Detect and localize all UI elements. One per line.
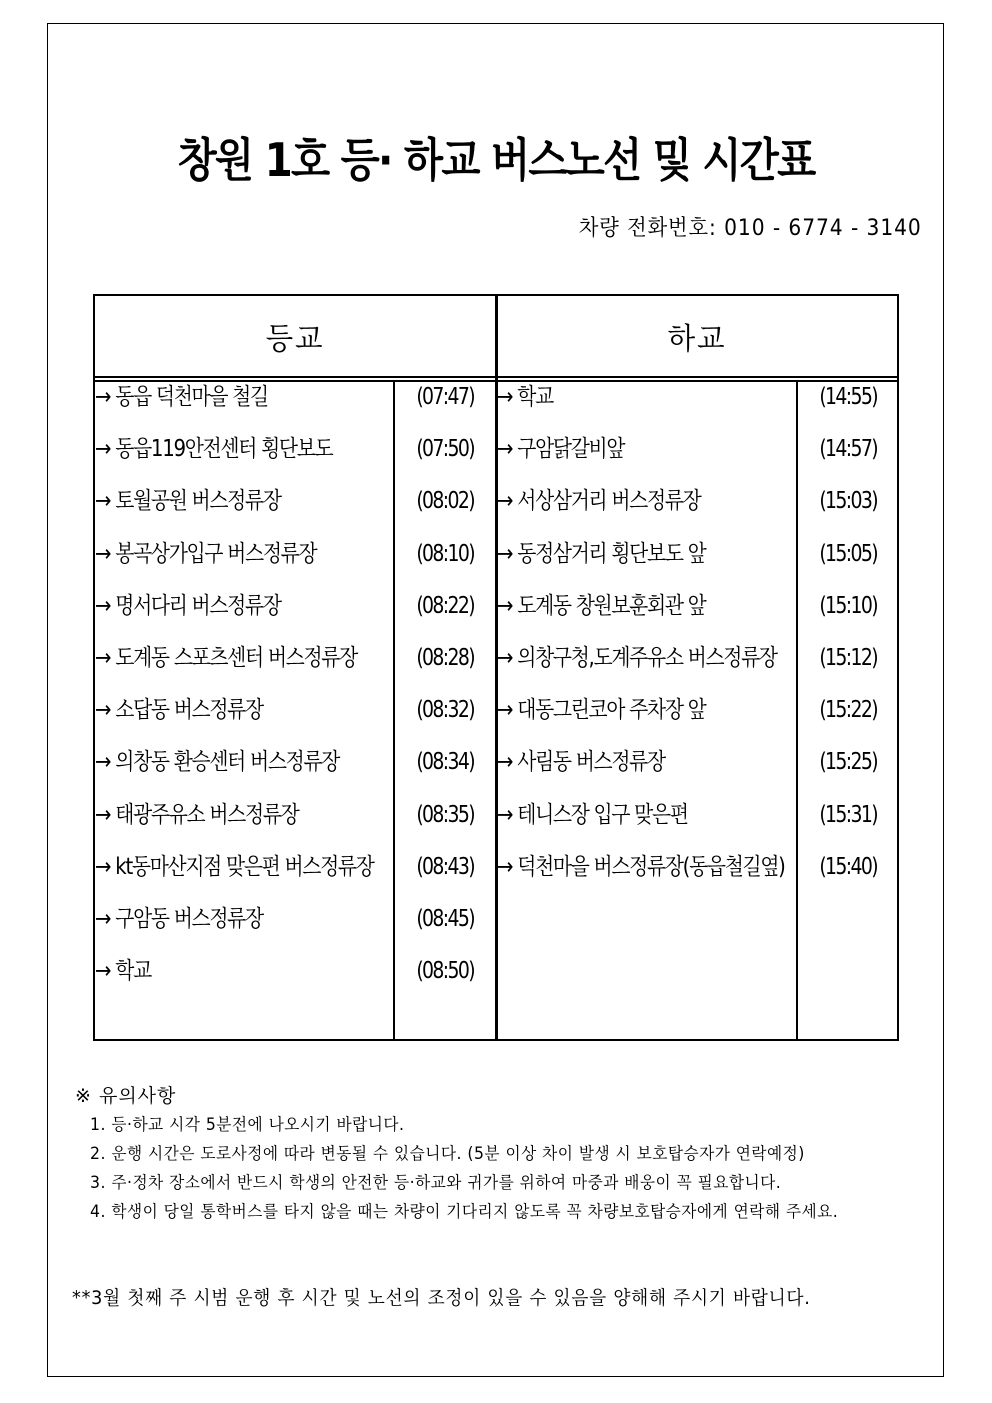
stop-name: → 태광주유소 버스정류장 <box>95 800 298 830</box>
afternoon-stops: → 학교 → 구암닭갈비앞 → 서상삼거리 버스정류장 → 동정삼거리 횡단보도… <box>497 382 796 904</box>
stop-name: → 토월공원 버스정류장 <box>95 486 281 516</box>
notes-section: ※ 유의사항 1. 등·하교 시각 5분전에 나오시기 바랍니다. 2. 운행 … <box>75 1082 878 1226</box>
afternoon-row: → 학교 <box>497 382 796 434</box>
stop-time: (14:57) <box>819 434 877 464</box>
stop-name: → 대동그린코아 주차장 앞 <box>497 695 705 725</box>
stop-name: → 도계동 창원보훈회관 앞 <box>497 591 705 621</box>
header-divider <box>95 376 897 378</box>
afternoon-times: (14:55) (14:57) (15:03) (15:05) (15:10) … <box>798 382 898 904</box>
stop-name: → kt동마산지점 맞은편 버스정류장 <box>95 852 374 882</box>
stop-time: (08:02) <box>416 486 474 516</box>
afternoon-row: → 구암닭갈비앞 <box>497 434 796 486</box>
stop-name: → 구암닭갈비앞 <box>497 434 624 464</box>
stop-name: → 도계동 스포츠센터 버스정류장 <box>95 643 357 673</box>
stop-time: (08:35) <box>416 800 474 830</box>
stop-name: → 의창동 환승센터 버스정류장 <box>95 747 339 777</box>
morning-row: → 소답동 버스정류장 <box>95 695 393 747</box>
stop-time: (15:03) <box>819 486 877 516</box>
morning-row: → 학교 <box>95 956 393 1008</box>
vehicle-phone: 차량 전화번호: 010 - 6774 - 3140 <box>579 214 922 244</box>
afternoon-row: → 의창구청,도계주유소 버스정류장 <box>497 643 796 695</box>
stop-name: → 동읍119안전센터 횡단보도 <box>95 434 332 464</box>
morning-row: → 토월공원 버스정류장 <box>95 486 393 538</box>
afternoon-row: → 덕천마을 버스정류장(동읍철길옆) <box>497 852 796 904</box>
stop-name: → 학교 <box>95 956 151 986</box>
afternoon-row: → 도계동 창원보훈회관 앞 <box>497 591 796 643</box>
morning-row: → 동읍119안전센터 횡단보도 <box>95 434 393 486</box>
stop-time: (07:50) <box>416 434 474 464</box>
note-item: 2. 운행 시간은 도로사정에 따라 변동될 수 있습니다. (5분 이상 차이… <box>90 1139 838 1168</box>
morning-row: → 태광주유소 버스정류장 <box>95 800 393 852</box>
stop-name: → 서상삼거리 버스정류장 <box>497 486 700 516</box>
note-item: 3. 주·정차 장소에서 반드시 학생의 안전한 등·하교와 귀가를 위하여 마… <box>90 1168 838 1197</box>
stop-time: (15:25) <box>819 747 877 777</box>
header-afternoon: 하교 <box>507 296 887 376</box>
stop-time: (14:55) <box>819 382 877 412</box>
stop-name: → 봉곡상가입구 버스정류장 <box>95 539 316 569</box>
stop-time: (07:47) <box>416 382 474 412</box>
note-item: 1. 등·하교 시각 5분전에 나오시기 바랍니다. <box>90 1110 838 1139</box>
stop-time: (15:10) <box>819 591 877 621</box>
morning-row: → 의창동 환승센터 버스정류장 <box>95 747 393 799</box>
stop-name: → 동읍 덕천마을 철길 <box>95 382 268 412</box>
afternoon-row: → 서상삼거리 버스정류장 <box>497 486 796 538</box>
afternoon-row: → 테니스장 입구 맞은편 <box>497 800 796 852</box>
morning-times: (07:47) (07:50) (08:02) (08:10) (08:22) … <box>395 382 495 1008</box>
morning-row: → 봉곡상가입구 버스정류장 <box>95 539 393 591</box>
stop-time: (15:22) <box>819 695 877 725</box>
stop-name: → 학교 <box>497 382 553 412</box>
stop-name: → 소답동 버스정류장 <box>95 695 263 725</box>
header-morning: 등교 <box>105 296 485 376</box>
stop-name: → 사림동 버스정류장 <box>497 747 665 777</box>
stop-time: (08:45) <box>416 904 474 934</box>
stop-name: → 명서다리 버스정류장 <box>95 591 281 621</box>
stop-name: → 의창구청,도계주유소 버스정류장 <box>497 643 777 673</box>
stop-time: (08:32) <box>416 695 474 725</box>
stop-time: (15:31) <box>819 800 877 830</box>
footnote: **3월 첫째 주 시범 운행 후 시간 및 노선의 조정이 있을 수 있음을 … <box>72 1284 811 1312</box>
stop-time: (08:50) <box>416 956 474 986</box>
stop-time: (15:40) <box>819 852 877 882</box>
afternoon-row: → 대동그린코아 주차장 앞 <box>497 695 796 747</box>
stop-name: → 덕천마을 버스정류장(동읍철길옆) <box>497 852 785 882</box>
stop-time: (08:28) <box>416 643 474 673</box>
stop-time: (15:12) <box>819 643 877 673</box>
morning-stops: → 동읍 덕천마을 철길 → 동읍119안전센터 횡단보도 → 토월공원 버스정… <box>95 382 393 1008</box>
stop-time: (08:34) <box>416 747 474 777</box>
stop-name: → 구암동 버스정류장 <box>95 904 263 934</box>
stop-time: (08:43) <box>416 852 474 882</box>
morning-row: → 구암동 버스정류장 <box>95 904 393 956</box>
timetable: 등교 하교 → 동읍 덕천마을 철길 → 동읍119안전센터 횡단보도 → 토월… <box>93 294 899 1041</box>
note-item: 4. 학생이 당일 통학버스를 타지 않을 때는 차량이 기다리지 않도록 꼭 … <box>90 1197 838 1226</box>
stop-time: (08:10) <box>416 539 474 569</box>
stop-name: → 동정삼거리 횡단보도 앞 <box>497 539 705 569</box>
afternoon-row: → 동정삼거리 횡단보도 앞 <box>497 539 796 591</box>
morning-row: → 동읍 덕천마을 철길 <box>95 382 393 434</box>
stop-time: (15:05) <box>819 539 877 569</box>
morning-row: → 명서다리 버스정류장 <box>95 591 393 643</box>
stop-time: (08:22) <box>416 591 474 621</box>
morning-row: → 도계동 스포츠센터 버스정류장 <box>95 643 393 695</box>
morning-row: → kt동마산지점 맞은편 버스정류장 <box>95 852 393 904</box>
document-title: 창원 1호 등· 하교 버스노선 및 시간표 <box>60 130 933 190</box>
afternoon-row: → 사림동 버스정류장 <box>497 747 796 799</box>
stop-name: → 테니스장 입구 맞은편 <box>497 800 688 830</box>
notes-title: ※ 유의사항 <box>75 1082 878 1110</box>
